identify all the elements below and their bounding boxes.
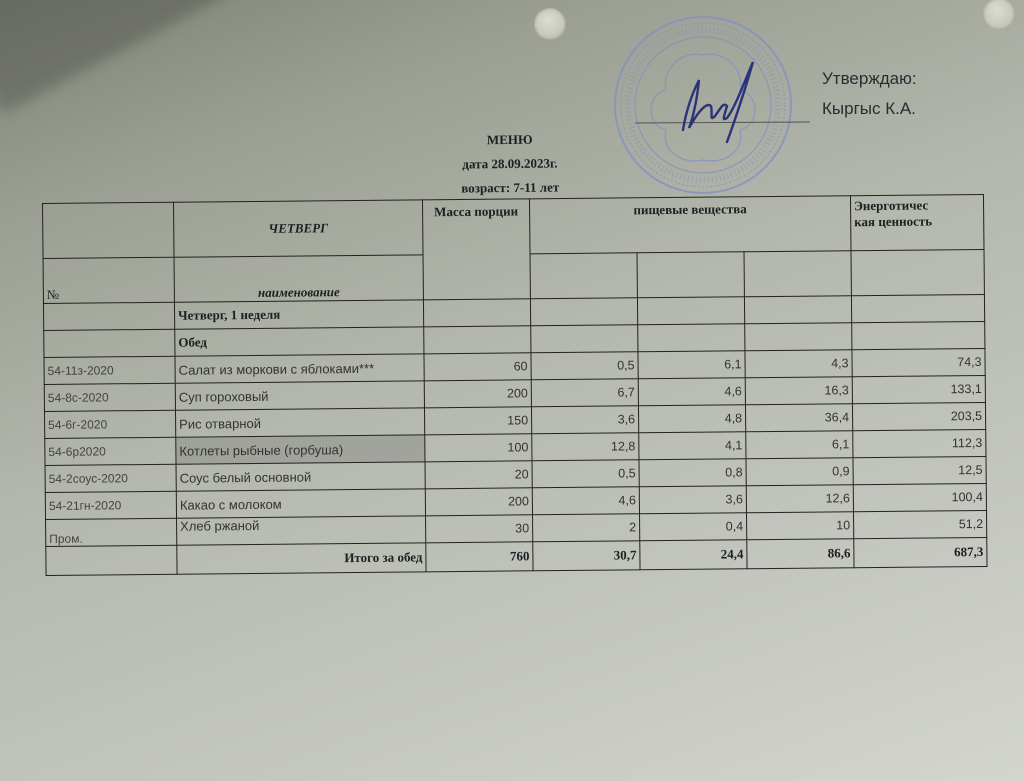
- row-n2: 4,8: [638, 405, 745, 433]
- row-n1: 6,7: [531, 379, 638, 407]
- total-n3: 86,6: [747, 539, 854, 569]
- row-energy: 203,5: [852, 402, 985, 430]
- header-energy: Энерготичес кая ценность: [850, 194, 984, 250]
- section-cell: [531, 325, 638, 353]
- header-name: наименование: [174, 255, 423, 302]
- row-n3: 16,3: [745, 377, 852, 405]
- row-mass: 200: [425, 488, 532, 516]
- row-mass: 150: [424, 407, 531, 435]
- row-name: Рис отварной: [175, 408, 424, 437]
- approval-label: Утверждаю:: [822, 64, 917, 94]
- row-energy: 51,2: [854, 510, 987, 538]
- row-name: Суп гороховый: [175, 381, 424, 410]
- row-mass: 200: [424, 380, 531, 408]
- row-n2: 3,6: [639, 486, 746, 514]
- row-n2: 0,4: [640, 513, 747, 541]
- title-block: МЕНЮ дата 28.09.2023г. возраст: 7-11 лет: [380, 127, 641, 202]
- row-n3: 0,9: [746, 458, 853, 486]
- total-empty-cell: [46, 545, 177, 575]
- row-n1: 2: [533, 514, 640, 542]
- header-mass-label: Масса порции: [434, 203, 518, 219]
- signature: [683, 62, 753, 142]
- photo-shadow: [0, 0, 233, 114]
- row-energy: 100,4: [853, 483, 986, 511]
- header-energy-line1: Энерготичес: [854, 197, 980, 214]
- header-energy-line2: кая ценность: [854, 213, 980, 230]
- row-energy: 133,1: [852, 375, 985, 403]
- header-mass: Масса порции: [422, 199, 530, 300]
- header-sub-cell: [637, 252, 744, 298]
- approver-name: Кыргыс К.А.: [822, 94, 917, 124]
- row-name: Салат из моркови с яблоками***: [175, 354, 424, 383]
- row-code: Пром.: [46, 518, 177, 546]
- total-n2: 24,4: [640, 540, 747, 570]
- header-nutrients: пищевые вещества: [529, 196, 851, 254]
- header-day: ЧЕТВЕРГ: [173, 200, 423, 257]
- section-cell: [424, 326, 531, 354]
- header-sub-cell: [530, 253, 637, 299]
- menu-table: ЧЕТВЕРГ Масса порции пищевые вещества Эн…: [42, 194, 988, 576]
- header-no: №: [43, 257, 174, 303]
- menu-date: дата 28.09.2023г.: [380, 151, 640, 178]
- row-energy: 74,3: [852, 348, 985, 376]
- row-n3: 4,3: [745, 350, 852, 378]
- row-code: 54-2соус-2020: [45, 464, 176, 492]
- row-n1: 4,6: [532, 487, 639, 515]
- section-cell: [44, 329, 175, 357]
- row-n1: 0,5: [532, 460, 639, 488]
- row-n3: 12,6: [746, 485, 853, 513]
- row-n2: 4,1: [639, 432, 746, 460]
- section-meal: Обед: [175, 327, 424, 356]
- menu-table-container: ЧЕТВЕРГ Масса порции пищевые вещества Эн…: [42, 194, 988, 576]
- section-cell: [637, 297, 744, 325]
- row-mass: 30: [426, 515, 533, 543]
- header-sub-cell: [744, 251, 851, 297]
- section-cell: [530, 298, 637, 326]
- row-n2: 6,1: [638, 351, 745, 379]
- section-cell: [851, 294, 984, 322]
- row-code: 54-8с-2020: [44, 383, 175, 411]
- section-cell: [744, 296, 851, 324]
- total-n1: 30,7: [533, 541, 640, 571]
- row-name: Какао с молоком: [176, 489, 425, 518]
- row-name: Хлеб ржаной: [177, 516, 426, 545]
- row-name: Соус белый основной: [176, 462, 425, 491]
- row-mass: 20: [425, 461, 532, 489]
- row-n2: 4,6: [638, 378, 745, 406]
- row-n3: 10: [747, 512, 854, 540]
- section-week: Четверг, 1 неделя: [174, 300, 423, 329]
- header-empty-cell: [43, 202, 175, 258]
- row-name: Котлеты рыбные (горбуша): [176, 435, 425, 464]
- menu-rows: 54-11з-2020Салат из моркови с яблоками**…: [44, 348, 987, 546]
- row-n3: 36,4: [745, 404, 852, 432]
- row-mass: 100: [425, 434, 532, 462]
- row-code: 54-21гн-2020: [45, 491, 176, 519]
- section-cell: [852, 321, 985, 349]
- punch-hole: [534, 8, 566, 40]
- total-energy: 687,3: [854, 537, 987, 567]
- total-label: Итого за обед: [177, 543, 426, 574]
- row-n2: 0,8: [639, 459, 746, 487]
- section-cell: [745, 323, 852, 351]
- total-mass: 760: [426, 542, 533, 572]
- row-mass: 60: [424, 353, 531, 381]
- row-n1: 3,6: [531, 406, 638, 434]
- row-code: 54-6г-2020: [45, 410, 176, 438]
- row-code: 54-6р2020: [45, 437, 176, 465]
- section-cell: [43, 302, 174, 330]
- page-title: МЕНЮ: [380, 127, 640, 154]
- row-n3: 6,1: [746, 431, 853, 459]
- approval-block: Утверждаю: Кыргыс К.А.: [822, 64, 917, 124]
- row-n1: 12,8: [532, 433, 639, 461]
- section-cell: [423, 299, 530, 327]
- row-n1: 0,5: [531, 352, 638, 380]
- punch-hole: [983, 0, 1015, 30]
- row-energy: 112,3: [853, 429, 986, 457]
- row-code: 54-11з-2020: [44, 356, 175, 384]
- header-sub-cell: [851, 249, 984, 295]
- section-cell: [638, 324, 745, 352]
- row-energy: 12,5: [853, 456, 986, 484]
